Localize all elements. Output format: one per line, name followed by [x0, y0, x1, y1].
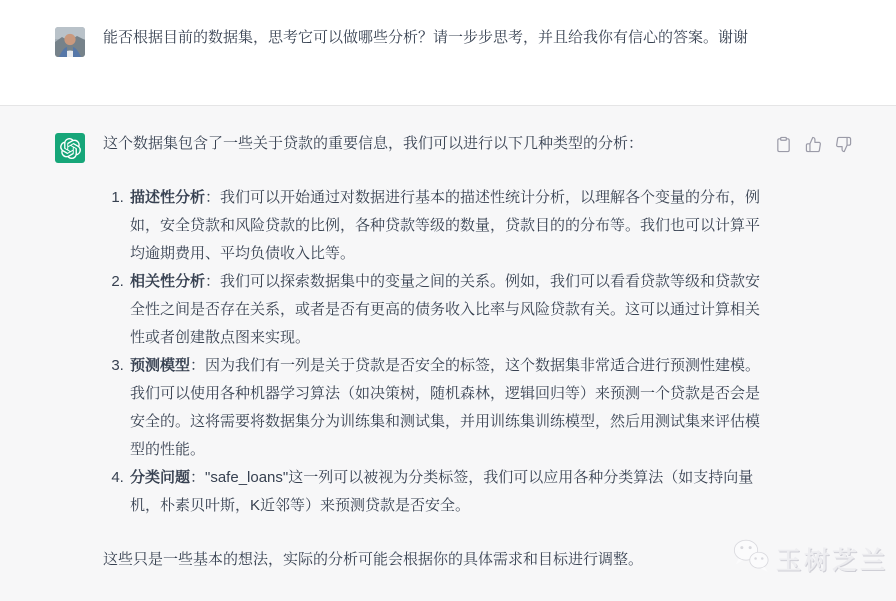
chatgpt-avatar [55, 133, 85, 163]
list-item-text: ："safe_loans"这一列可以被视为分类标签，我们可以应用各种分类算法（如… [130, 469, 753, 514]
list-item-label: 分类问题 [130, 469, 190, 486]
assistant-closing: 这些只是一些基本的想法，实际的分析可能会根据你的具体需求和目标进行调整。 [103, 546, 765, 574]
analysis-list: 描述性分析：我们可以开始通过对数据进行基本的描述性统计分析，以理解各个变量的分布… [103, 184, 765, 520]
user-avatar [55, 27, 85, 57]
list-item-classification: 分类问题："safe_loans"这一列可以被视为分类标签，我们可以应用各种分类… [128, 464, 765, 520]
openai-logo-icon [60, 138, 81, 159]
list-item-label: 预测模型 [130, 357, 190, 374]
list-item-text: ：我们可以开始通过对数据进行基本的描述性统计分析，以理解各个变量的分布，例如，安… [130, 189, 760, 262]
assistant-message: 这个数据集包含了一些关于贷款的重要信息，我们可以进行以下几种类型的分析： 描述性… [0, 105, 896, 601]
user-message-text: 能否根据目前的数据集，思考它可以做哪些分析？请一步步思考，并且给我你有信心的答案… [103, 24, 765, 51]
thumbs-up-icon[interactable] [805, 136, 822, 153]
assistant-intro: 这个数据集包含了一些关于贷款的重要信息，我们可以进行以下几种类型的分析： [103, 130, 765, 158]
list-item-label: 相关性分析 [130, 273, 205, 290]
assistant-message-body: 这个数据集包含了一些关于贷款的重要信息，我们可以进行以下几种类型的分析： 描述性… [103, 130, 765, 574]
message-actions [775, 136, 852, 153]
list-item-label: 描述性分析 [130, 189, 205, 206]
user-message: 能否根据目前的数据集，思考它可以做哪些分析？请一步步思考，并且给我你有信心的答案… [0, 0, 896, 105]
list-item-text: ：我们可以探索数据集中的变量之间的关系。例如，我们可以看看贷款等级和贷款安全性之… [130, 273, 760, 346]
user-photo-icon [55, 27, 85, 57]
copy-icon[interactable] [775, 136, 792, 153]
list-item-descriptive-analysis: 描述性分析：我们可以开始通过对数据进行基本的描述性统计分析，以理解各个变量的分布… [128, 184, 765, 268]
list-item-predictive-model: 预测模型：因为我们有一列是关于贷款是否安全的标签，这个数据集非常适合进行预测性建… [128, 352, 765, 464]
list-item-text: ：因为我们有一列是关于贷款是否安全的标签，这个数据集非常适合进行预测性建模。我们… [130, 357, 760, 458]
thumbs-down-icon[interactable] [835, 136, 852, 153]
list-item-correlation-analysis: 相关性分析：我们可以探索数据集中的变量之间的关系。例如，我们可以看看贷款等级和贷… [128, 268, 765, 352]
